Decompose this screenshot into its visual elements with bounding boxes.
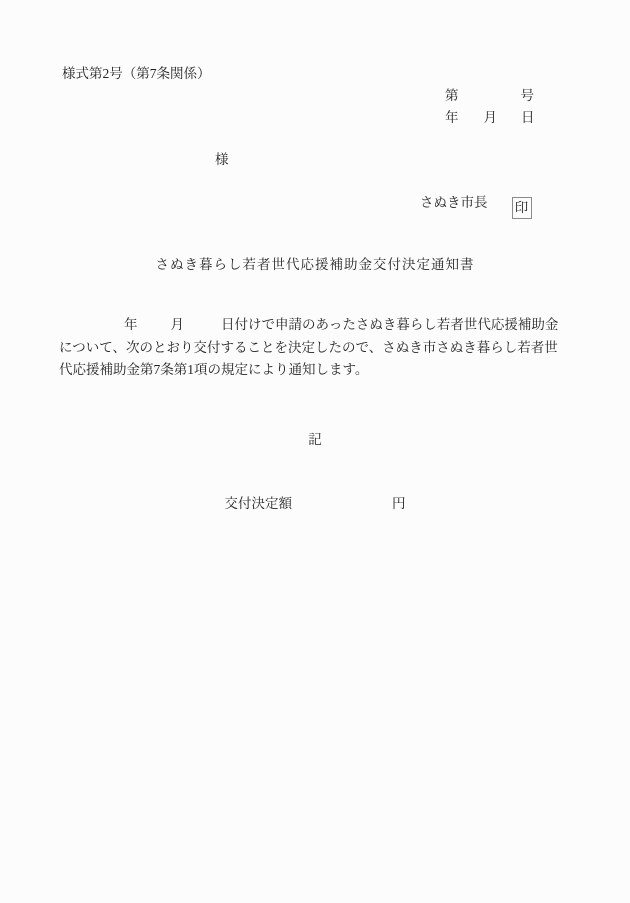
doc-number-blank	[459, 99, 521, 100]
doc-number-prefix: 第	[445, 88, 459, 103]
body-month-blank	[184, 328, 221, 329]
date-year-label: 年	[445, 110, 459, 125]
document-title: さぬき暮らし若者世代応援補助金交付決定通知書	[60, 257, 570, 272]
form-style-label: 様式第2号（第7条関係）	[62, 66, 211, 81]
date-month-label: 月	[484, 110, 498, 125]
body-paragraph: 年月日付けで申請のあったさぬき暮らし若者世代応援補助金について、次のとおり交付す…	[59, 314, 571, 382]
addressee-honorific: 様	[215, 152, 229, 167]
record-marker: 記	[60, 432, 570, 447]
doc-number-suffix: 号	[521, 88, 535, 103]
amount-line: 交付決定額円	[60, 496, 570, 511]
body-indent-blank	[59, 328, 124, 329]
date-line: 年月日	[445, 110, 535, 125]
addressee-line: 様	[215, 152, 229, 167]
amount-blank	[292, 507, 392, 508]
amount-label: 交付決定額	[225, 496, 293, 511]
amount-unit: 円	[392, 496, 406, 511]
document-number-line: 第号	[445, 88, 534, 103]
date-year-blank	[459, 121, 484, 122]
sender-seal-blank	[488, 206, 512, 207]
sender-line: さぬき市長印	[420, 195, 532, 219]
sender-name: さぬき市長	[420, 195, 488, 210]
date-day-label: 日	[521, 110, 535, 125]
body-year-label: 年	[124, 317, 138, 332]
document-page: 様式第2号（第7条関係） 第号 年月日 様 さぬき市長印 さぬき暮らし若者世代応…	[0, 0, 630, 903]
seal-box: 印	[512, 197, 532, 219]
date-month-blank	[497, 121, 521, 122]
body-month-label: 月	[171, 317, 185, 332]
body-year-blank	[138, 328, 171, 329]
